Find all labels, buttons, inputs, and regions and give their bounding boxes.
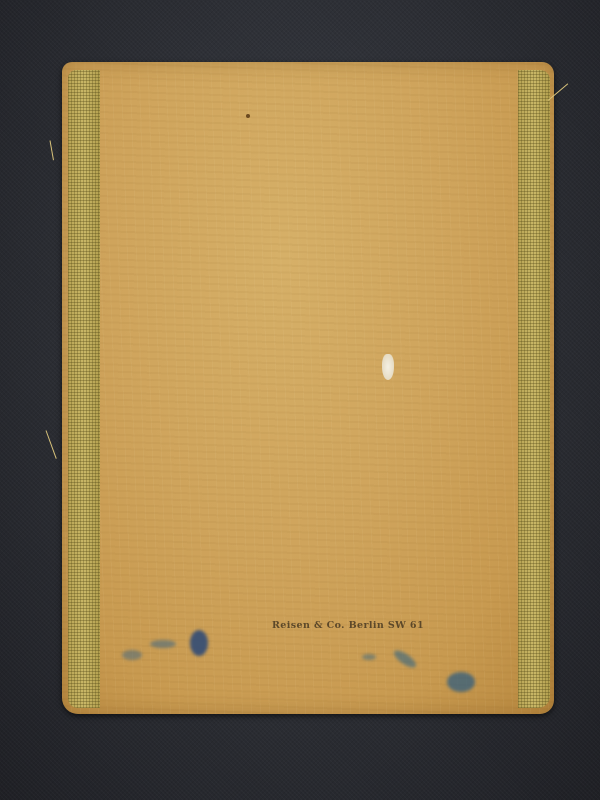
ink-stain (190, 630, 208, 656)
loose-thread (50, 140, 54, 160)
small-hole (246, 114, 250, 118)
ink-stain (391, 647, 418, 670)
publisher-imprint: Reisen & Co. Berlin SW 61 (272, 620, 424, 631)
glue-residue (382, 354, 394, 380)
ink-stain (122, 650, 142, 660)
ink-stain (362, 654, 376, 660)
loose-thread (46, 430, 57, 459)
right-cloth-tape (518, 70, 550, 708)
ink-stain (150, 640, 176, 648)
book-back-cover: Reisen & Co. Berlin SW 61 (62, 62, 554, 714)
ink-stain (447, 672, 475, 692)
left-cloth-tape (68, 70, 100, 708)
